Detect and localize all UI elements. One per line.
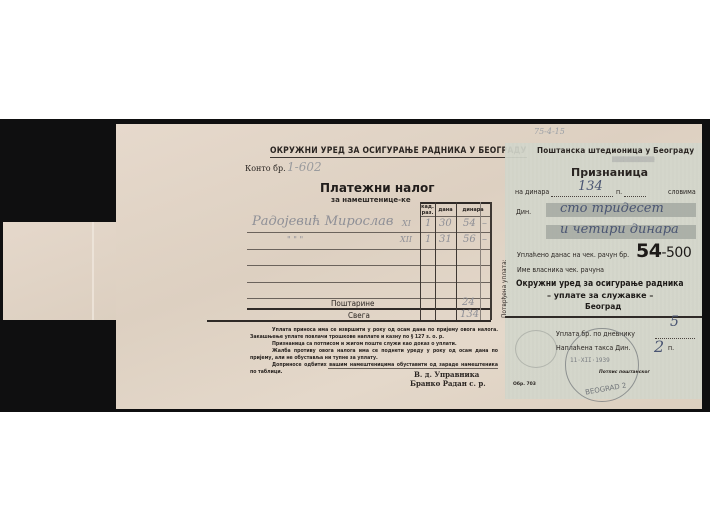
form-code: Обр. 703 (513, 382, 536, 387)
konto-value: 1-602 (287, 160, 322, 174)
words-label: словима (668, 188, 696, 196)
signature-title: В. д. Управника (414, 370, 479, 379)
postage-value: 24 (462, 297, 475, 308)
postage-label: Поштарине (331, 299, 374, 308)
receipt-faint-stamp: ▒▒▒▒▒▒▒▒▒▒▒ (612, 157, 654, 163)
row-2-class: 1 (425, 234, 431, 245)
row-2-dinars: 56 (463, 234, 476, 245)
payment-table: кад. раз. дана динара Радојевић Мирослав… (247, 202, 491, 320)
din-label: Дин. (516, 208, 531, 216)
column-header-days: дана (435, 207, 456, 213)
fold-crease (92, 222, 94, 320)
note-2: Признаница са потписом и жигом поште слу… (250, 341, 498, 348)
amount-label: на динара (515, 188, 549, 196)
amount-value: 134 (578, 179, 603, 194)
amount-words-line-1: сто тридесет (560, 201, 664, 216)
row-1-para: – (482, 218, 487, 229)
owner-line-2: – уплате за служавке – (547, 291, 653, 300)
note-1: Уплата приноса има се извршити у року од… (250, 327, 498, 341)
row-1-days: 30 (439, 218, 452, 229)
receipt-bank-name: Поштанска штедионица у Београду (537, 146, 694, 155)
amount-dotted-line (551, 195, 613, 197)
para-label: п. (616, 188, 622, 196)
fee-para-label: п. (668, 344, 674, 352)
paid-today-label: Уплаћено данас на чек. рачун бр. (517, 251, 629, 259)
total-value: 134 (460, 309, 479, 320)
owner-line-1: Окружни уред за осигурање радника (516, 279, 684, 289)
owner-line-3: Београд (585, 302, 621, 311)
row-1-class: 1 (425, 218, 431, 229)
row-2-name: " " " (287, 235, 303, 244)
total-label: Свега (348, 311, 370, 320)
receipt-pencil-note: 75-4-15 (534, 127, 565, 136)
paper-tab-left (3, 222, 119, 320)
row-1-month: XI (402, 219, 411, 228)
signature-divider (328, 368, 498, 369)
note-3: Жалба противу овога налога има се поднет… (250, 348, 498, 362)
amount-words-line-2: и четири динара (560, 222, 679, 237)
konto-label: Конто бр. (245, 164, 286, 173)
signature-name: Бранко Радан с. р. (410, 379, 486, 388)
row-2-para: – (482, 234, 487, 245)
form-title: Платежни налог (320, 181, 435, 195)
payer-vertical-label: Потврђена уплата: (500, 208, 514, 328)
para-dotted-line (624, 195, 646, 197)
fee-value: 2 (654, 337, 664, 356)
faint-circle-mark (515, 330, 557, 368)
entry-value: 5 (670, 314, 679, 330)
row-2-month: XII (400, 235, 412, 244)
column-header-class: кад. раз. (420, 204, 435, 216)
account-number: 54-500 (636, 240, 691, 262)
owner-label: Име власника чек. рачуна (517, 266, 604, 274)
postmark-date: 11·XII·1939 (570, 357, 610, 364)
row-1-dinars: 54 (463, 218, 476, 229)
form-header: ОКРУЖНИ УРЕД ЗА ОСИГУРАЊЕ РАДНИКА У БЕОГ… (270, 146, 527, 158)
row-1-name: Радојевић Мирослав (252, 214, 393, 229)
row-2-days: 31 (439, 234, 452, 245)
postal-signature-caption: Потпис поштанског (599, 370, 650, 375)
column-header-dinars: динара (456, 207, 490, 213)
receipt-title: Признаница (571, 166, 648, 179)
